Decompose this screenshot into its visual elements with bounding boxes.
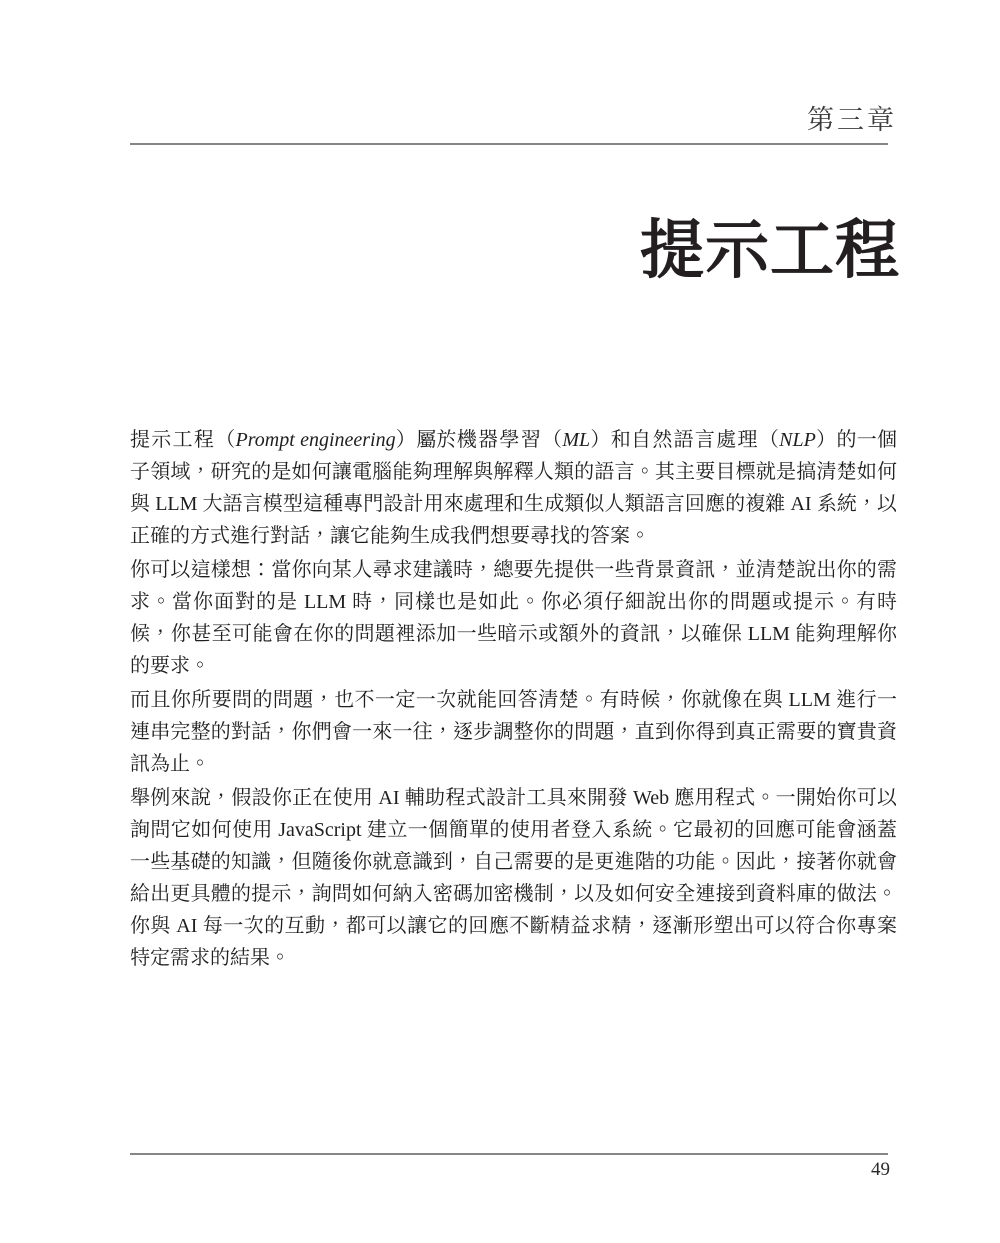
- header-rule: [130, 143, 888, 145]
- text-segment-normal: （: [542, 429, 562, 451]
- text-segment-kai: 自然語言處理: [631, 429, 759, 451]
- text-segment-normal: （: [759, 429, 779, 451]
- text-segment-normal: ）屬於: [396, 429, 457, 451]
- text-segment-normal: （: [215, 429, 235, 451]
- book-page: 第三章 提示工程 提示工程（Prompt engineering）屬於機器學習（…: [0, 0, 1000, 1243]
- chapter-label: 第三章: [807, 106, 897, 134]
- chapter-title: 提示工程: [640, 215, 900, 285]
- body-paragraph: 舉例來說，假設你正在使用 AI 輔助程式設計工具來開發 Web 應用程式。一開始…: [130, 782, 897, 974]
- text-segment-normal: ）和: [590, 429, 631, 451]
- body-paragraph: 你可以這樣想：當你向某人尋求建議時，總要先提供一些背景資訊，並清楚說出你的需求。…: [130, 554, 897, 682]
- text-segment-kai: 機器學習: [457, 429, 542, 451]
- body-text: 提示工程（Prompt engineering）屬於機器學習（ML）和自然語言處…: [130, 424, 897, 976]
- text-segment-kai: 提示工程: [130, 429, 215, 451]
- body-paragraph: 提示工程（Prompt engineering）屬於機器學習（ML）和自然語言處…: [130, 424, 897, 552]
- text-segment-normal: 你可以這樣想：當你向某人尋求建議時，總要先提供一些背景資訊，並清楚說出你的需求。…: [130, 559, 897, 677]
- text-segment-italic: ML: [562, 429, 590, 451]
- footer-rule: [130, 1153, 888, 1155]
- text-segment-italic: NLP: [779, 429, 816, 451]
- body-paragraph: 而且你所要問的問題，也不一定一次就能回答清楚。有時候，你就像在與 LLM 進行一…: [130, 684, 897, 780]
- page-number: 49: [871, 1159, 890, 1181]
- text-segment-italic: Prompt engineering: [236, 429, 396, 451]
- text-segment-normal: 而且你所要問的問題，也不一定一次就能回答清楚。有時候，你就像在與 LLM 進行一…: [130, 689, 897, 775]
- text-segment-normal: 舉例來說，假設你正在使用 AI 輔助程式設計工具來開發 Web 應用程式。一開始…: [130, 787, 897, 969]
